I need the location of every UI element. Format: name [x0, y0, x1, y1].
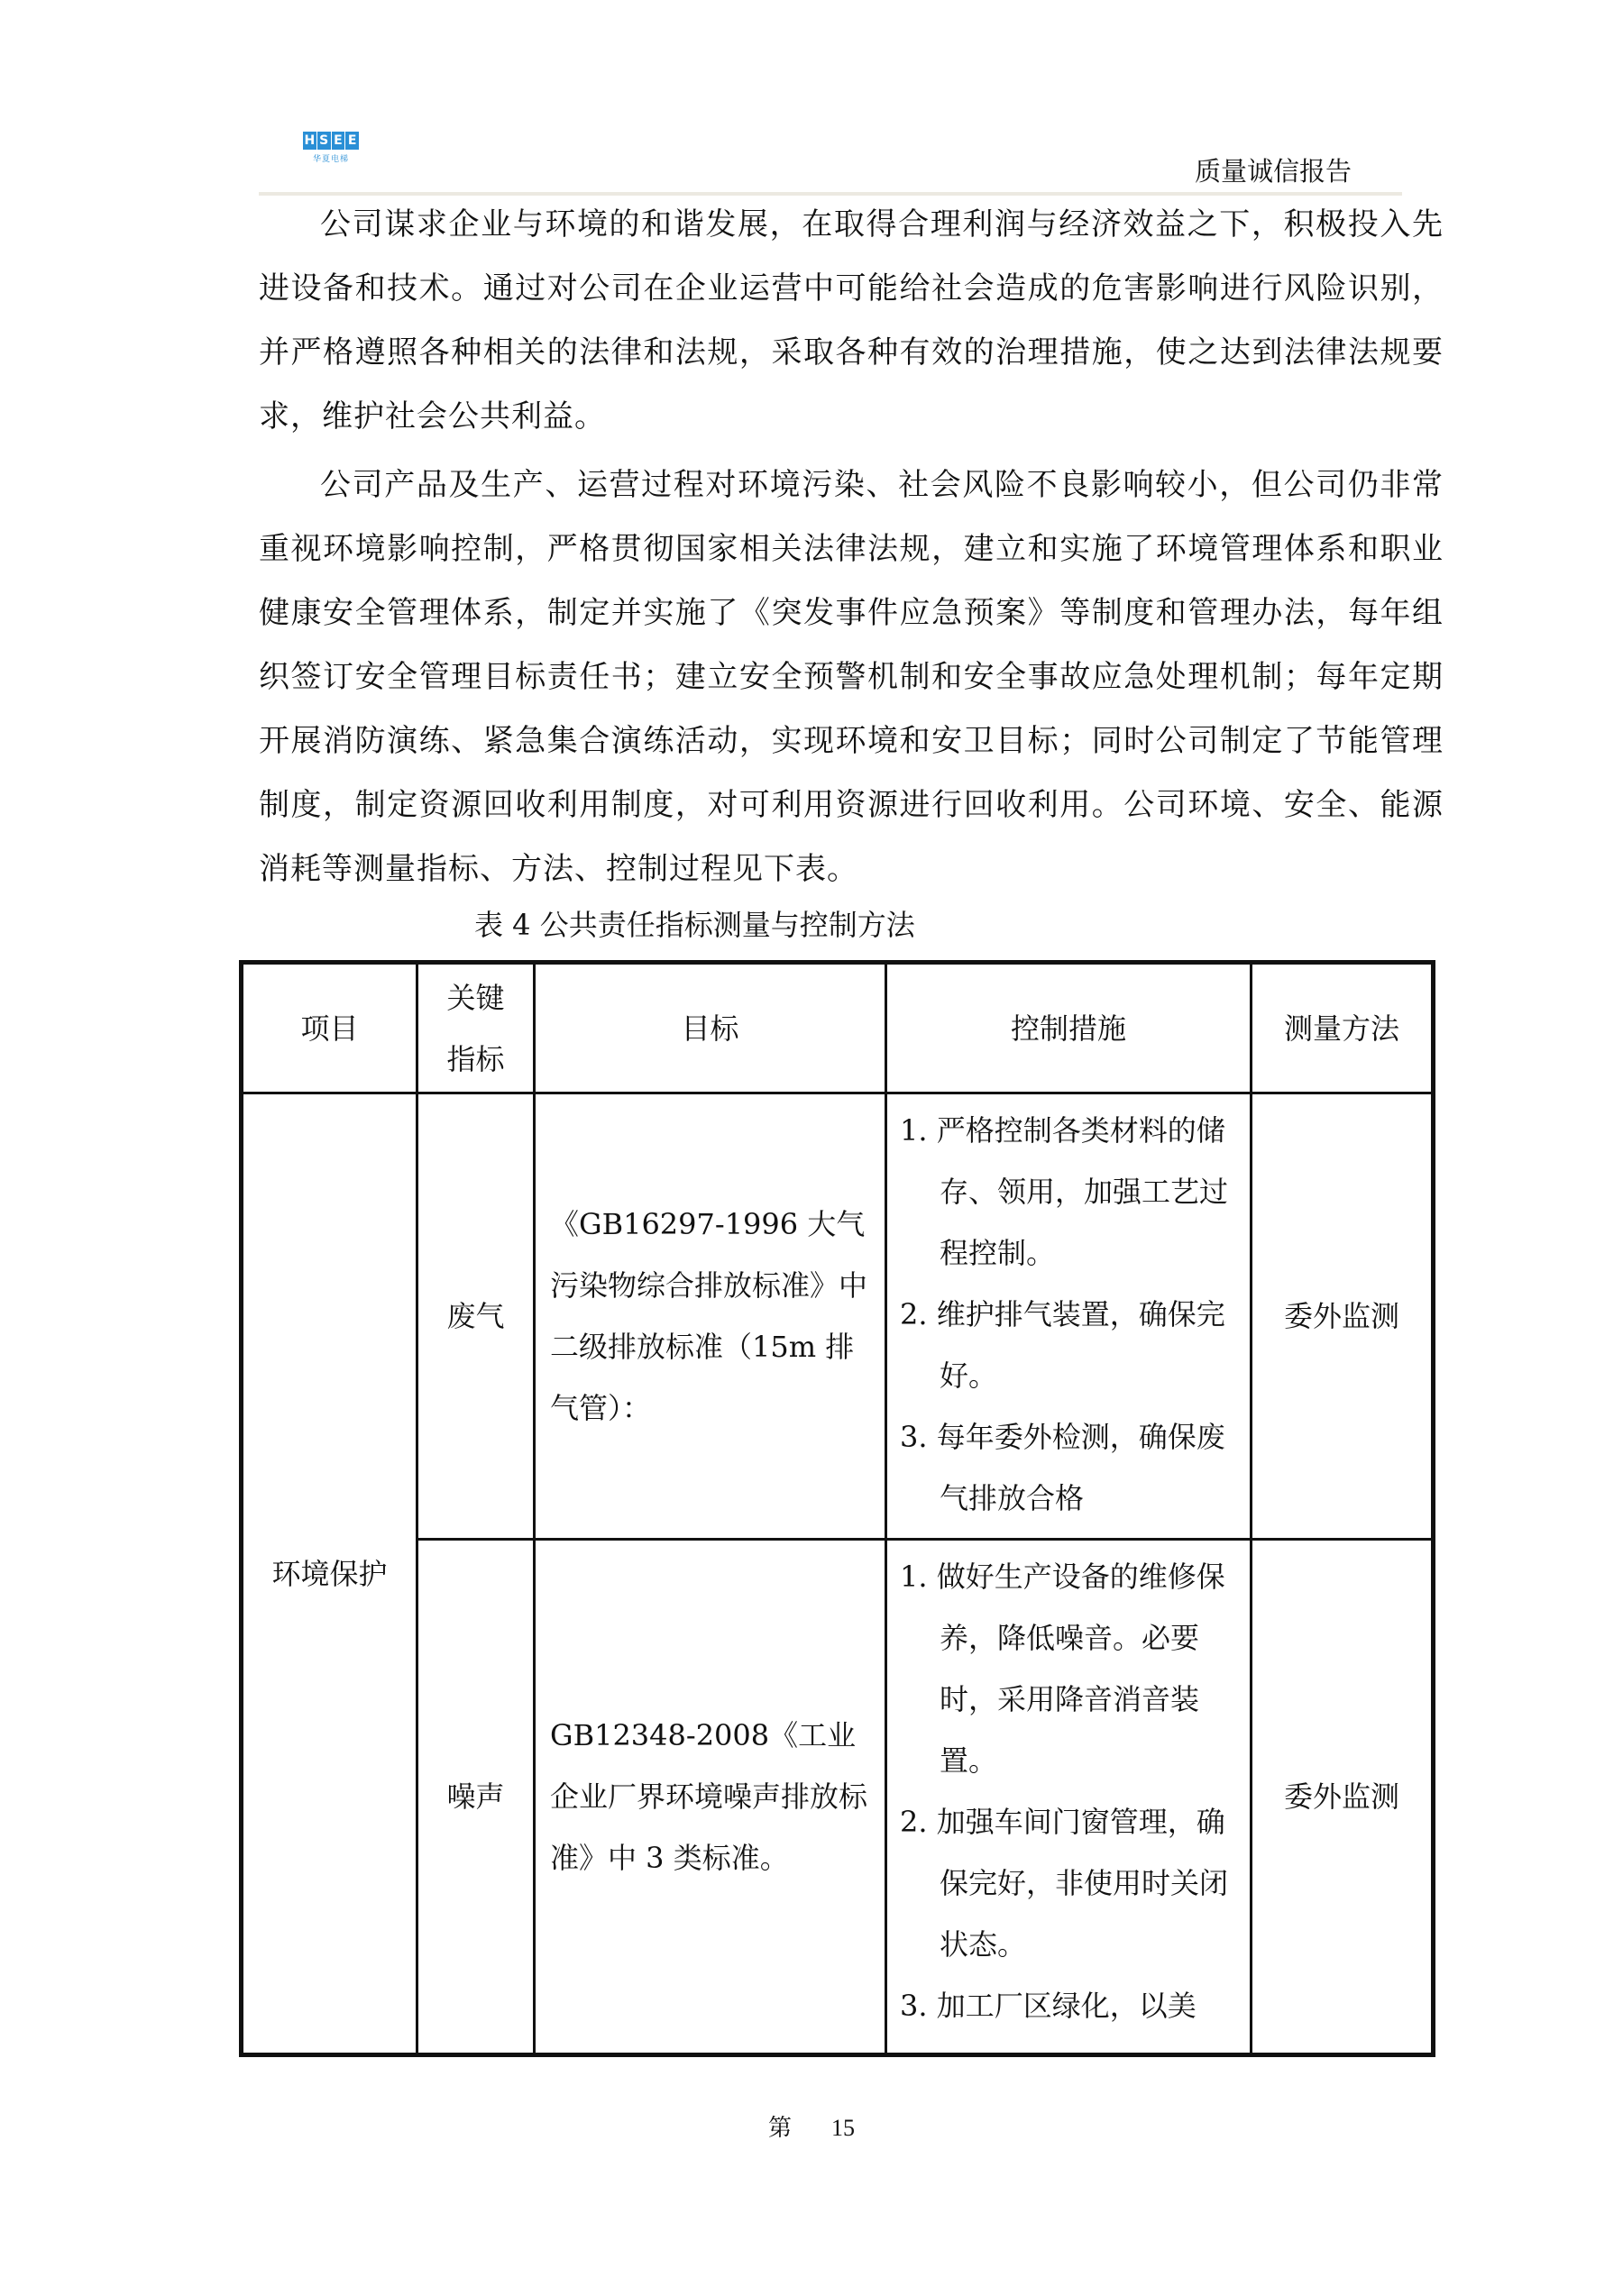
header-method: 测量方法 — [1252, 963, 1434, 1093]
measures-cell: 1. 做好生产设备的维修保养，降低噪音。必要时，采用降音消音装置。 2. 加强车… — [886, 1540, 1252, 2055]
company-logo: H S E E 华夏电梯 — [303, 132, 359, 164]
table-header-row: 项目 关键 指标 目标 控制措施 测量方法 — [242, 963, 1434, 1093]
measures-cell: 1. 严格控制各类材料的储存、领用，加强工艺过程控制。 2. 维护排气装置，确保… — [886, 1093, 1252, 1540]
table-caption: 表 4 公共责任指标测量与控制方法 — [474, 901, 915, 948]
target-cell: GB12348-2008《工业企业厂界环境噪声排放标准》中 3 类标准。 — [535, 1540, 886, 2055]
public-responsibility-table: 项目 关键 指标 目标 控制措施 测量方法 环境保护 废气 《GB16297-1… — [239, 960, 1435, 2057]
logo-letter: E — [332, 132, 345, 150]
page-footer: 第15 — [0, 2109, 1623, 2143]
measure-item: 2. 维护排气装置，确保完好。 — [900, 1284, 1241, 1406]
method-cell: 委外监测 — [1252, 1540, 1434, 2055]
page-number: 15 — [831, 2115, 855, 2141]
logo-letter: S — [317, 132, 331, 150]
header-key-indicator-line2: 指标 — [418, 1029, 533, 1090]
measure-item: 2. 加强车间门窗管理，确保完好，非使用时关闭状态。 — [900, 1791, 1241, 1975]
logo-letter: E — [345, 132, 359, 150]
header-key-indicator: 关键 指标 — [417, 963, 535, 1093]
page-prefix: 第 — [768, 2115, 792, 2141]
group-cell: 环境保护 — [242, 1093, 417, 2055]
header-control: 控制措施 — [886, 963, 1252, 1093]
body-paragraph: 公司谋求企业与环境的和谐发展，在取得合理利润与经济效益之下，积极投入先进设备和技… — [259, 193, 1444, 449]
body-paragraph: 公司产品及生产、运营过程对环境污染、社会风险不良影响较小，但公司仍非常重视环境影… — [259, 453, 1444, 901]
header-item: 项目 — [242, 963, 417, 1093]
indicator-cell: 废气 — [417, 1093, 535, 1540]
measure-item: 3. 加工厂区绿化，以美 — [900, 1975, 1241, 2036]
measure-item: 1. 做好生产设备的维修保养，降低噪音。必要时，采用降音消音装置。 — [900, 1546, 1241, 1791]
target-cell: 《GB16297-1996 大气污染物综合排放标准》中二级排放标准（15m 排气… — [535, 1093, 886, 1540]
header-key-indicator-line1: 关键 — [418, 967, 533, 1029]
measure-item: 3. 每年委外检测，确保废气排放合格 — [900, 1406, 1241, 1529]
header-target: 目标 — [535, 963, 886, 1093]
method-cell: 委外监测 — [1252, 1093, 1434, 1540]
indicator-cell: 噪声 — [417, 1540, 535, 2055]
table-row: 噪声 GB12348-2008《工业企业厂界环境噪声排放标准》中 3 类标准。 … — [242, 1540, 1434, 2055]
document-title: 质量诚信报告 — [1195, 151, 1352, 188]
logo-letter: H — [303, 132, 316, 150]
logo-mark: H S E E — [303, 132, 359, 150]
measure-item: 1. 严格控制各类材料的储存、领用，加强工艺过程控制。 — [900, 1100, 1241, 1284]
table-row: 环境保护 废气 《GB16297-1996 大气污染物综合排放标准》中二级排放标… — [242, 1093, 1434, 1540]
logo-subtitle: 华夏电梯 — [303, 152, 359, 164]
